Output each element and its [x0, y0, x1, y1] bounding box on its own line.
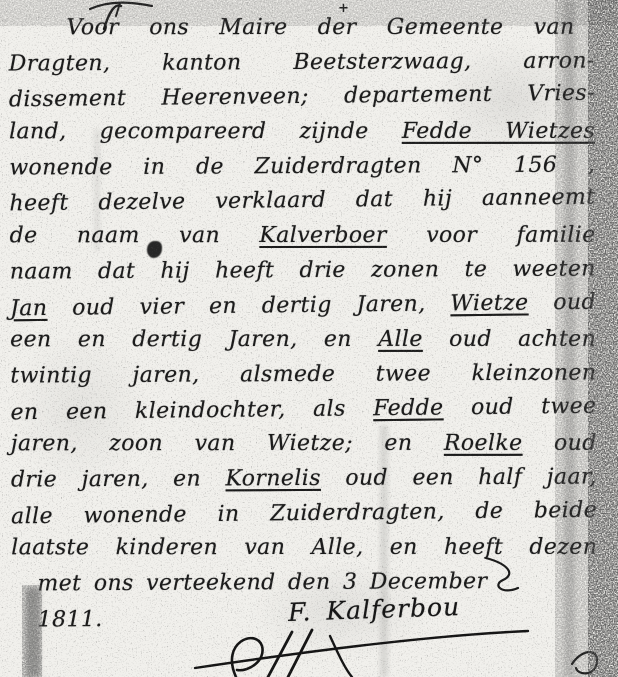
underlined-name: Fedde: [373, 395, 444, 421]
underlined-name: Wietze: [450, 290, 528, 316]
scanned-document-page: + Voor ons Maire der Gemeente vanDragten…: [0, 0, 618, 677]
manuscript-text: oud achten: [423, 327, 596, 352]
manuscript-text: naam dat hij heeft drie zonen te weeten: [10, 256, 596, 284]
bottom-signature-flourish: [140, 618, 618, 677]
manuscript-text: jaren, zoon van Wietze; en: [11, 431, 444, 456]
manuscript-line: jaren, zoon van Wietze; en Roelke oud: [11, 426, 597, 461]
manuscript-line: Voor ons Maire der Gemeente van: [9, 10, 595, 45]
manuscript-text: oud twee: [443, 393, 596, 420]
manuscript-text: alle wonende in Zuiderdragten, de beide: [11, 497, 597, 529]
underlined-name: Kalverboer: [259, 223, 386, 248]
manuscript-text: een en dertig Jaren, en: [10, 327, 378, 352]
manuscript-line: alle wonende in Zuiderdragten, de beide: [11, 492, 597, 533]
manuscript-text: oud: [523, 431, 597, 456]
manuscript-line: de naam van Kalverboer voor familie: [10, 218, 596, 253]
underlined-name: Kornelis: [225, 466, 320, 491]
manuscript-text: Voor ons Maire der Gemeente van: [67, 15, 575, 40]
manuscript-text: oud een half jaar,: [321, 464, 597, 490]
underlined-name: Fedde Wietzes: [402, 119, 595, 144]
manuscript-line: heeft dezelve verklaard dat hij aanneemt: [9, 180, 595, 221]
underlined-name: Alle: [378, 327, 423, 352]
manuscript-text: twintig jaren, alsmede twee kleinzonen: [10, 360, 596, 388]
manuscript-line: twintig jaren, alsmede twee kleinzonen: [10, 355, 596, 393]
manuscript-line: dissement Heerenveen; departement Vries-: [9, 76, 595, 117]
manuscript-text: oud vier en dertig Jaren,: [47, 291, 450, 321]
manuscript-text: Dragten, kanton Beetsterzwaag, arron-: [9, 48, 595, 76]
manuscript-line: wonende in de Zuiderdragten N° 156 ,: [9, 147, 595, 185]
manuscript-line: land, gecompareerd zijnde Fedde Wietzes: [9, 114, 595, 149]
manuscript-body: Voor ons Maire der Gemeente vanDragten, …: [8, 8, 597, 601]
manuscript-text: drie jaren, en: [11, 466, 226, 492]
manuscript-text: wonende in de Zuiderdragten N° 156 ,: [9, 152, 595, 180]
manuscript-line: drie jaren, en Kornelis oud een half jaa…: [11, 459, 597, 497]
manuscript-text: voor familie: [387, 223, 596, 248]
manuscript-line: Dragten, kanton Beetsterzwaag, arron-: [9, 43, 595, 81]
underlined-name: Roelke: [444, 431, 523, 456]
manuscript-text: oud: [528, 289, 596, 315]
underlined-name: Jan: [10, 295, 48, 320]
manuscript-text: land, gecompareerd zijnde: [9, 119, 402, 144]
manuscript-text: de naam van: [10, 223, 260, 248]
date-flourish: [478, 552, 524, 600]
manuscript-line: een en dertig Jaren, en Alle oud achten: [10, 322, 596, 357]
manuscript-line: naam dat hij heeft drie zonen te weeten: [10, 251, 596, 289]
manuscript-line: Jan oud vier en dertig Jaren, Wietze oud: [10, 284, 596, 325]
manuscript-text: heeft dezelve verklaard dat hij aanneemt: [9, 185, 595, 217]
manuscript-text: dissement Heerenveen; departement Vries-: [9, 81, 595, 113]
manuscript-text: en een kleindochter, als: [10, 396, 373, 425]
manuscript-line: en een kleindochter, als Fedde oud twee: [10, 388, 596, 429]
